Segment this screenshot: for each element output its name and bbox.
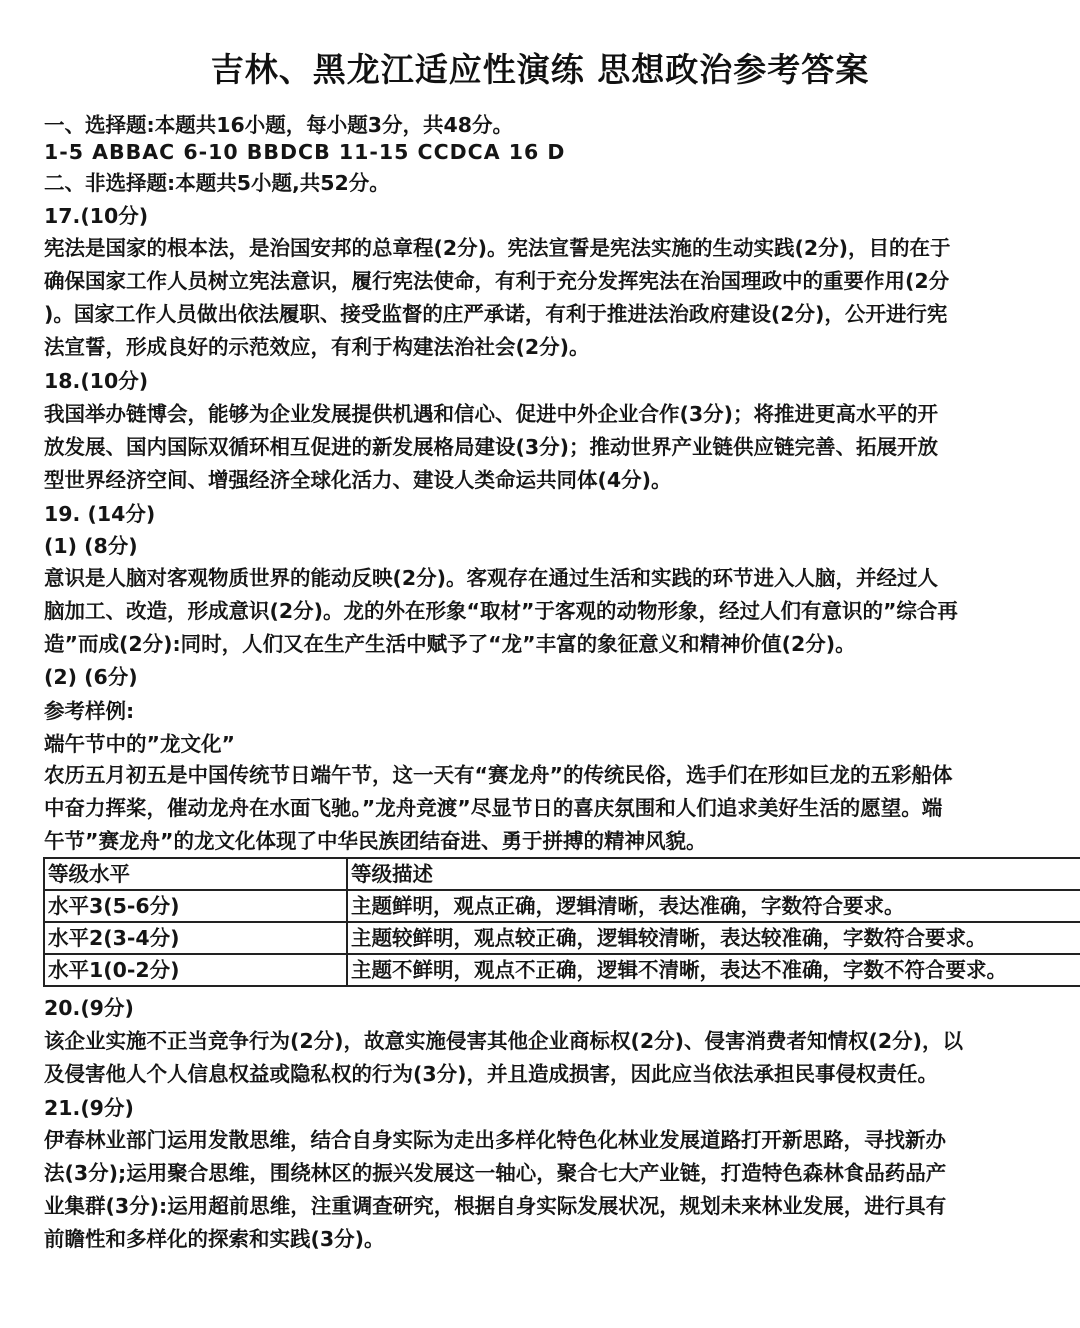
q17-label: 17.(10分) (44, 201, 148, 231)
q21-line: 前瞻性和多样化的探索和实践(3分)。 (44, 1223, 1044, 1256)
q20-line: 及侵害他人个人信息权益或隐私权的行为(3分)，并且造成损害，因此应当依法承担民事… (44, 1058, 1044, 1091)
table-cell-level: 水平1(0-2分) (44, 954, 347, 986)
q19-sample-text: 农历五月初五是中国传统节日端午节，这一天有“赛龙舟”的传统民俗，选手们在形如巨龙… (44, 759, 1044, 858)
q21-answer: 伊春林业部门运用发散思维，结合自身实际为走出多样化特色化林业发展道路打开新思路，… (44, 1124, 1044, 1256)
multiple-choice-answers: 1-5 ABBAC 6-10 BBDCB 11-15 CCDCA 16 D (44, 137, 565, 167)
q19-label: 19. (14分) (44, 499, 155, 529)
q18-line: 型世界经济空间、增强经济全球化活力、建设人类命运共同体(4分)。 (44, 464, 1044, 497)
table-cell-level: 水平2(3-4分) (44, 922, 347, 954)
q19-part2-label: (2) (6分) (44, 662, 138, 692)
q17-line: 确保国家工作人员树立宪法意识，履行宪法使命，有利于充分发挥宪法在治国理政中的重要… (44, 265, 1044, 298)
q19-sample-title: 端午节中的”龙文化” (44, 729, 235, 759)
q21-line: 伊春林业部门运用发散思维，结合自身实际为走出多样化特色化林业发展道路打开新思路，… (44, 1124, 1044, 1157)
table-header-cell: 等级水平 (44, 858, 347, 890)
answer-document: 吉林、黑龙江适应性演练 思想政治参考答案 一、选择题:本题共16小题，每小题3分… (0, 0, 1080, 1328)
q21-label: 21.(9分) (44, 1093, 134, 1123)
section2-heading: 二、非选择题:本题共5小题,共52分。 (44, 168, 390, 198)
q17-line: )。国家工作人员做出依法履职、接受监督的庄严承诺，有利于推进法治政府建设(2分)… (44, 298, 1044, 331)
q18-answer: 我国举办链博会，能够为企业发展提供机遇和信心、促进中外企业合作(3分)；将推进更… (44, 398, 1044, 497)
q19-sample-line: 农历五月初五是中国传统节日端午节，这一天有“赛龙舟”的传统民俗，选手们在形如巨龙… (44, 759, 1044, 792)
table-cell-level: 水平3(5-6分) (44, 890, 347, 922)
table-cell-description: 主题较鲜明，观点较正确，逻辑较清晰，表达较准确，字数符合要求。 (347, 922, 1080, 954)
q21-line: 法(3分);运用聚合思维，围绕林区的振兴发展这一轴心，聚合七大产业链，打造特色森… (44, 1157, 1044, 1190)
q19-sample-line: 午节”赛龙舟”的龙文化体现了中华民族团结奋进、勇于拼搏的精神风貌。 (44, 825, 1044, 858)
table-header-cell: 等级描述 (347, 858, 1080, 890)
q21-line: 业集群(3分):运用超前思维，注重调查研究，根据自身实际发展状况，规划未来林业发… (44, 1190, 1044, 1223)
table-row: 水平1(0-2分) 主题不鲜明，观点不正确，逻辑不清晰，表达不准确，字数不符合要… (44, 954, 1080, 986)
section1-heading: 一、选择题:本题共16小题，每小题3分，共48分。 (44, 110, 513, 140)
q19-sample-label: 参考样例: (44, 696, 134, 726)
q17-line: 宪法是国家的根本法，是治国安邦的总章程(2分)。宪法宣誓是宪法实施的生动实践(2… (44, 232, 1044, 265)
q18-label: 18.(10分) (44, 366, 148, 396)
q19-part1-answer: 意识是人脑对客观物质世界的能动反映(2分)。客观存在通过生活和实践的环节进入人脑… (44, 562, 1044, 661)
q19-part1-line: 造”而成(2分):同时，人们又在生产生活中赋予了“龙”丰富的象征意义和精神价值(… (44, 628, 1044, 661)
table-header-row: 等级水平 等级描述 (44, 858, 1080, 890)
q19-sample-line: 中奋力挥桨，催动龙舟在水面飞驰。”龙舟竞渡”尽显节日的喜庆氛围和人们追求美好生活… (44, 792, 1044, 825)
q19-part1-label: (1) (8分) (44, 531, 138, 561)
q20-label: 20.(9分) (44, 993, 134, 1023)
q17-answer: 宪法是国家的根本法，是治国安邦的总章程(2分)。宪法宣誓是宪法实施的生动实践(2… (44, 232, 1044, 364)
q19-part1-line: 意识是人脑对客观物质世界的能动反映(2分)。客观存在通过生活和实践的环节进入人脑… (44, 562, 1044, 595)
table-row: 水平2(3-4分) 主题较鲜明，观点较正确，逻辑较清晰，表达较准确，字数符合要求… (44, 922, 1080, 954)
document-title: 吉林、黑龙江适应性演练 思想政治参考答案 (0, 48, 1080, 92)
q18-line: 我国举办链博会，能够为企业发展提供机遇和信心、促进中外企业合作(3分)；将推进更… (44, 398, 1044, 431)
table-cell-description: 主题鲜明，观点正确，逻辑清晰，表达准确，字数符合要求。 (347, 890, 1080, 922)
q20-line: 该企业实施不正当竞争行为(2分)，故意实施侵害其他企业商标权(2分)、侵害消费者… (44, 1025, 1044, 1058)
q17-line: 法宣誓，形成良好的示范效应，有利于构建法治社会(2分)。 (44, 331, 1044, 364)
table-row: 水平3(5-6分) 主题鲜明，观点正确，逻辑清晰，表达准确，字数符合要求。 (44, 890, 1080, 922)
table-cell-description: 主题不鲜明，观点不正确，逻辑不清晰，表达不准确，字数不符合要求。 (347, 954, 1080, 986)
grading-table: 等级水平 等级描述 水平3(5-6分) 主题鲜明，观点正确，逻辑清晰，表达准确，… (43, 857, 1080, 987)
q20-answer: 该企业实施不正当竞争行为(2分)，故意实施侵害其他企业商标权(2分)、侵害消费者… (44, 1025, 1044, 1091)
q19-part1-line: 脑加工、改造，形成意识(2分)。龙的外在形象“取材”于客观的动物形象，经过人们有… (44, 595, 1044, 628)
q18-line: 放发展、国内国际双循环相互促进的新发展格局建设(3分)；推动世界产业链供应链完善… (44, 431, 1044, 464)
